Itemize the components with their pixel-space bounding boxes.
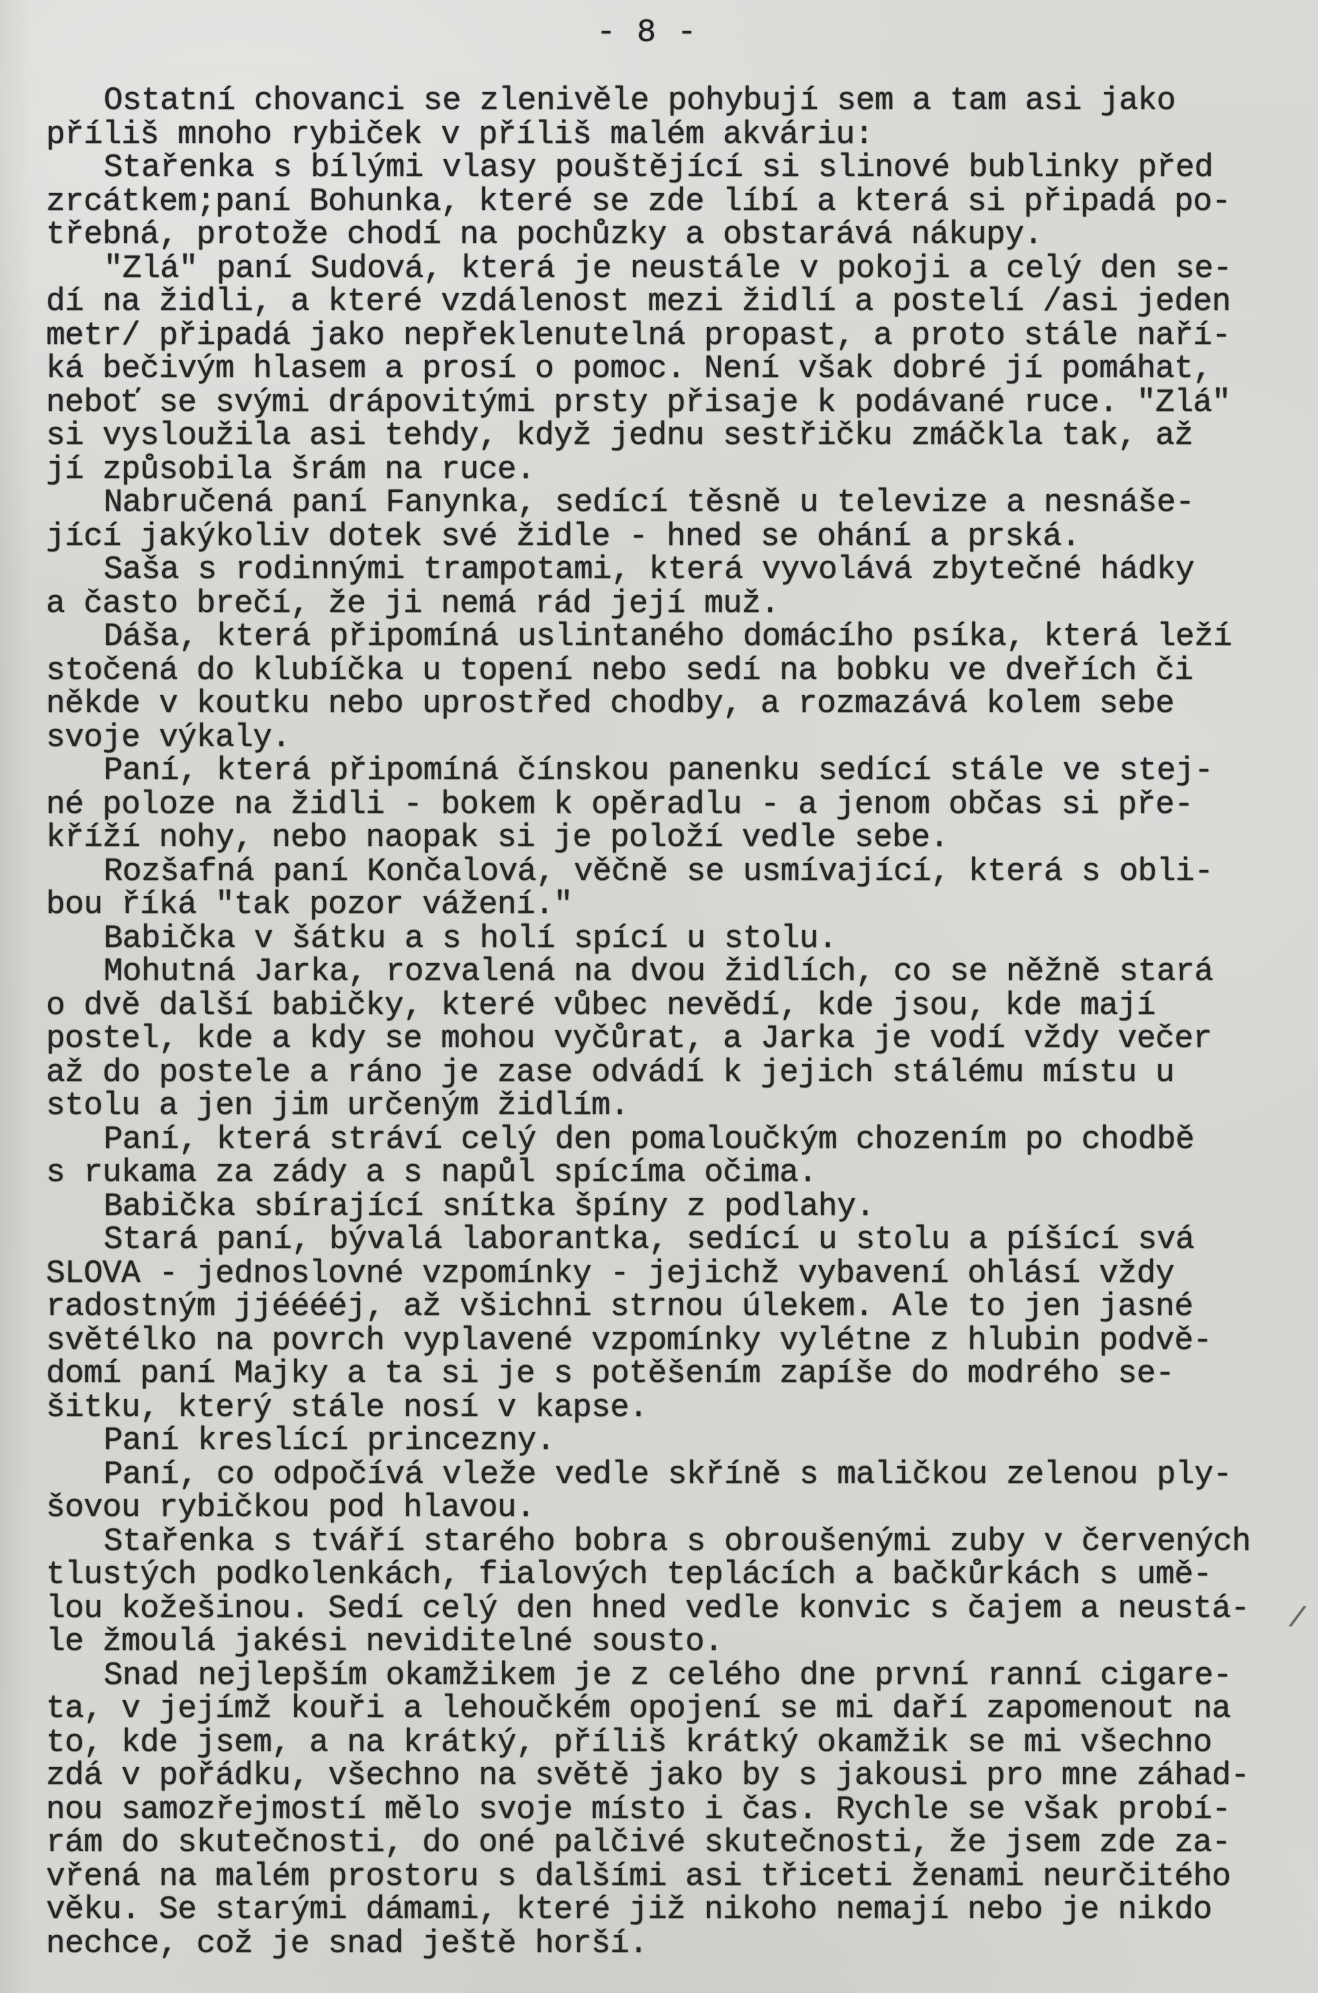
text-line: zdá v pořádku, všechno na světě jako by … [46,1759,1302,1793]
text-line: "Zlá" paní Sudová, která je neustále v p… [46,252,1302,286]
text-line: jí způsobila šrám na ruce. [46,453,1302,487]
text-line: domí paní Majky a ta si je s potěšením z… [46,1357,1302,1391]
text-line: věku. Se starými dámami, které již nikoh… [46,1893,1302,1927]
text-line: Rozšafná paní Končalová, věčně se usmíva… [46,855,1302,889]
text-line: s rukama za zády a s napůl spícíma očima… [46,1156,1302,1190]
text-line: Stará paní, bývalá laborantka, sedící u … [46,1223,1302,1257]
text-line: si vysloužila asi tehdy, když jednu sest… [46,419,1302,453]
text-line: a často brečí, že ji nemá rád její muž. [46,587,1302,621]
text-line: neboť se svými drápovitými prsty přisaje… [46,386,1302,420]
text-line: ta, v jejímž kouři a lehoučkém opojení s… [46,1692,1302,1726]
text-line: lou kožešinou. Sedí celý den hned vedle … [46,1592,1302,1626]
text-line: Saša s rodinnými trampotami, která vyvol… [46,553,1302,587]
text-line: třebná, protože chodí na pochůzky a obst… [46,218,1302,252]
text-line: né poloze na židli - bokem k opěradlu - … [46,788,1302,822]
text-line: Ostatní chovanci se zlenivěle pohybují s… [46,84,1302,118]
text-line: šovou rybičkou pod hlavou. [46,1491,1302,1525]
text-line: kříží nohy, nebo naopak si je položí ved… [46,821,1302,855]
text-line: Dáša, která připomíná uslintaného domácí… [46,620,1302,654]
text-line: Paní, která připomíná čínskou panenku se… [46,754,1302,788]
text-line: dí na židli, a které vzdálenost mezi žid… [46,285,1302,319]
text-line: o dvě další babičky, které vůbec nevědí,… [46,989,1302,1023]
text-line: někde v koutku nebo uprostřed chodby, a … [46,687,1302,721]
text-line: Stařenka s tváří starého bobra s obrouše… [46,1525,1302,1559]
stray-pen-mark: / [1286,1602,1309,1638]
text-line: ká bečivým hlasem a prosí o pomoc. Není … [46,352,1302,386]
text-line: Mohutná Jarka, rozvalená na dvou židlích… [46,955,1302,989]
text-line: příliš mnoho rybiček v příliš malém akvá… [46,118,1302,152]
text-line: stočená do klubíčka u topení nebo sedí n… [46,654,1302,688]
text-line: Paní, která stráví celý den pomaloučkým … [46,1123,1302,1157]
text-line: Paní, co odpočívá vleže vedle skříně s m… [46,1458,1302,1492]
page-number: - 8 - [0,16,1306,50]
document-lines: Ostatní chovanci se zlenivěle pohybují s… [46,84,1302,1960]
text-line: Snad nejlepším okamžikem je z celého dne… [46,1659,1302,1693]
text-line: le žmoulá jakési neviditelné sousto. [46,1625,1302,1659]
text-line: to, kde jsem, a na krátký, příliš krátký… [46,1726,1302,1760]
text-line: bou říká "tak pozor vážení." [46,888,1302,922]
text-line: metr/ připadá jako nepřeklenutelná propa… [46,319,1302,353]
text-line: Babička v šátku a s holí spící u stolu. [46,922,1302,956]
text-line: stolu a jen jim určeným židlím. [46,1089,1302,1123]
typewritten-page: - 8 - Ostatní chovanci se zlenivěle pohy… [0,0,1318,1993]
text-line: nechce, což je snad ještě horší. [46,1927,1302,1961]
text-line: Nabručená paní Fanynka, sedící těsně u t… [46,486,1302,520]
text-line: Stařenka s bílými vlasy pouštějící si sl… [46,151,1302,185]
text-line: šitku, který stále nosí v kapse. [46,1391,1302,1425]
text-line: radostným jjééééj, až všichni strnou úle… [46,1290,1302,1324]
text-line: SLOVA - jednoslovné vzpomínky - jejichž … [46,1257,1302,1291]
text-line: Paní kreslící princezny. [46,1424,1302,1458]
text-line: rám do skutečnosti, do oné palčivé skute… [46,1826,1302,1860]
text-line: nou samozřejmostí mělo svoje místo i čas… [46,1793,1302,1827]
text-line: jící jakýkoliv dotek své židle - hned se… [46,520,1302,554]
text-line: vřená na malém prostoru s dalšími asi tř… [46,1860,1302,1894]
text-line: postel, kde a kdy se mohou vyčůrat, a Ja… [46,1022,1302,1056]
text-line: Babička sbírající snítka špíny z podlahy… [46,1190,1302,1224]
text-line: tlustých podkolenkách, fialových teplácí… [46,1558,1302,1592]
text-line: světélko na povrch vyplavené vzpomínky v… [46,1324,1302,1358]
text-line: zrcátkem;paní Bohunka, které se zde líbí… [46,185,1302,219]
text-line: svoje výkaly. [46,721,1302,755]
text-line: až do postele a ráno je zase odvádí k je… [46,1056,1302,1090]
